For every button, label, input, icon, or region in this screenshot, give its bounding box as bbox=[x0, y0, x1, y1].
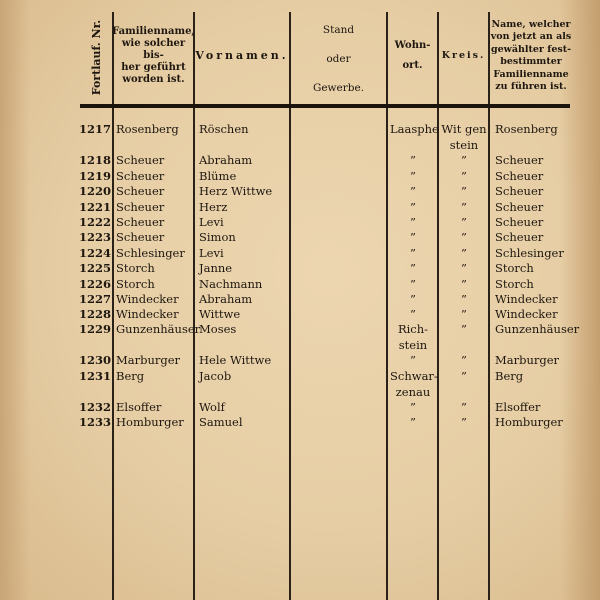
table-row: 1217 Rosenberg Röschen Laasphe Wit gen R… bbox=[0, 122, 600, 137]
header-text: ort. bbox=[402, 60, 422, 72]
header-text: oder bbox=[326, 53, 350, 65]
residence: ” bbox=[390, 246, 436, 261]
family-name-old: Rosenberg bbox=[116, 122, 179, 137]
table-row: 1228 Windecker Wittwe ” ” Windecker bbox=[0, 307, 600, 322]
header-text: Kreis. bbox=[442, 50, 486, 62]
residence: ” bbox=[390, 292, 436, 307]
residence: ” bbox=[390, 169, 436, 184]
table-row: 1220 Scheuer Herz Wittwe ” ” Scheuer bbox=[0, 184, 600, 199]
row-number: 1222 bbox=[78, 215, 111, 230]
district: ” bbox=[440, 184, 488, 199]
family-name-old: Homburger bbox=[116, 415, 184, 430]
row-number: 1219 bbox=[78, 169, 111, 184]
given-name: Jacob bbox=[199, 369, 231, 384]
district: ” bbox=[440, 261, 488, 276]
residence: ” bbox=[390, 277, 436, 292]
given-name: Samuel bbox=[199, 415, 243, 430]
table-row: 1232 Elsoffer Wolf ” ” Elsoffer bbox=[0, 400, 600, 415]
given-name: Levi bbox=[199, 215, 224, 230]
header-text: Name, welcher bbox=[491, 19, 570, 32]
family-name-new: Scheuer bbox=[495, 200, 543, 215]
residence: Rich- bbox=[390, 322, 436, 337]
family-name-old: Gunzenhäuser bbox=[116, 322, 200, 337]
header-text: worden ist. bbox=[122, 74, 184, 86]
header-text: Vornamen. bbox=[195, 50, 288, 62]
header-stand: Stand oder Gewerbe. bbox=[291, 10, 386, 102]
row-number: 1220 bbox=[78, 184, 111, 199]
family-name-new: Scheuer bbox=[495, 230, 543, 245]
header-family-new: Name, welcher von jetzt an als gewählter… bbox=[490, 10, 572, 102]
family-name-new: Gunzenhäuser bbox=[495, 322, 579, 337]
residence: Laasphe bbox=[390, 122, 436, 137]
header-district: Kreis. bbox=[439, 10, 488, 102]
district: ” bbox=[440, 230, 488, 245]
district: ” bbox=[440, 200, 488, 215]
table-row: 1221 Scheuer Herz ” ” Scheuer bbox=[0, 200, 600, 215]
family-name-new: Windecker bbox=[495, 307, 558, 322]
given-name: Nachmann bbox=[199, 277, 262, 292]
row-number: 1218 bbox=[78, 153, 111, 168]
family-name-old: Elsoffer bbox=[116, 400, 161, 415]
district: ” bbox=[440, 353, 488, 368]
family-name-new: Rosenberg bbox=[495, 122, 558, 137]
district: ” bbox=[440, 277, 488, 292]
table-row: 1233 Homburger Samuel ” ” Homburger bbox=[0, 415, 600, 430]
district: ” bbox=[440, 322, 488, 337]
header-given-names: Vornamen. bbox=[195, 10, 289, 102]
row-number: 1223 bbox=[78, 230, 111, 245]
row-number: 1227 bbox=[78, 292, 111, 307]
table-row: 1224 Schlesinger Levi ” ” Schlesinger bbox=[0, 246, 600, 261]
row-number: 1226 bbox=[78, 277, 111, 292]
header-running-number-label: Fortlauf. Nr. bbox=[91, 19, 104, 94]
family-name-new: Storch bbox=[495, 277, 534, 292]
table-row: 1219 Scheuer Blüme ” ” Scheuer bbox=[0, 169, 600, 184]
row-number: 1230 bbox=[78, 353, 111, 368]
family-name-new: Elsoffer bbox=[495, 400, 540, 415]
given-name: Abraham bbox=[199, 153, 252, 168]
residence: ” bbox=[390, 215, 436, 230]
family-name-old: Berg bbox=[116, 369, 144, 384]
table-row: 1223 Scheuer Simon ” ” Scheuer bbox=[0, 230, 600, 245]
family-name-old: Storch bbox=[116, 261, 155, 276]
given-name: Blüme bbox=[199, 169, 236, 184]
family-name-old: Scheuer bbox=[116, 169, 164, 184]
header-text: von jetzt an als bbox=[491, 31, 572, 44]
table-row: 1218 Scheuer Abraham ” ” Scheuer bbox=[0, 153, 600, 168]
residence: ” bbox=[390, 353, 436, 368]
family-name-old: Schlesinger bbox=[116, 246, 185, 261]
family-name-new: Scheuer bbox=[495, 215, 543, 230]
district: ” bbox=[440, 400, 488, 415]
table-row: 1231 Berg Jacob Schwar- ” Berg bbox=[0, 369, 600, 384]
row-number: 1229 bbox=[78, 322, 111, 337]
residence-continuation: stein bbox=[390, 338, 436, 353]
header-text: Wohn- bbox=[395, 40, 431, 52]
family-name-old: Storch bbox=[116, 277, 155, 292]
residence: ” bbox=[390, 400, 436, 415]
family-name-new: Storch bbox=[495, 261, 534, 276]
row-number: 1228 bbox=[78, 307, 111, 322]
header-rule bbox=[80, 104, 570, 108]
district: ” bbox=[440, 153, 488, 168]
header-text: her geführt bbox=[121, 62, 185, 74]
district: ” bbox=[440, 369, 488, 384]
district: Wit gen bbox=[440, 122, 488, 137]
header-text: wie solcher bis- bbox=[114, 38, 193, 62]
given-name: Röschen bbox=[199, 122, 249, 137]
family-name-new: Windecker bbox=[495, 292, 558, 307]
header-text: gewählter fest- bbox=[491, 44, 571, 57]
family-name-new: Scheuer bbox=[495, 153, 543, 168]
header-text: Familienname bbox=[493, 69, 568, 82]
family-name-new: Scheuer bbox=[495, 169, 543, 184]
table-row: 1225 Storch Janne ” ” Storch bbox=[0, 261, 600, 276]
table-row: 1230 Marburger Hele Wittwe ” ” Marburger bbox=[0, 353, 600, 368]
row-number: 1231 bbox=[78, 369, 111, 384]
residence-continuation: zenau bbox=[390, 385, 436, 400]
residence: ” bbox=[390, 230, 436, 245]
family-name-old: Windecker bbox=[116, 292, 179, 307]
header-text: bestimmter bbox=[500, 56, 562, 69]
row-number: 1221 bbox=[78, 200, 111, 215]
district-continuation: stein bbox=[440, 138, 488, 153]
header-running-number: Fortlauf. Nr. bbox=[82, 12, 112, 102]
given-name: Herz Wittwe bbox=[199, 184, 272, 199]
residence: ” bbox=[390, 307, 436, 322]
table-row: 1229 Gunzenhäuser Moses Rich- ” Gunzenhä… bbox=[0, 322, 600, 337]
family-name-new: Marburger bbox=[495, 353, 559, 368]
residence: ” bbox=[390, 153, 436, 168]
family-name-old: Scheuer bbox=[116, 230, 164, 245]
family-name-old: Scheuer bbox=[116, 153, 164, 168]
district: ” bbox=[440, 307, 488, 322]
family-name-old: Scheuer bbox=[116, 200, 164, 215]
residence: Schwar- bbox=[390, 369, 436, 384]
family-name-old: Scheuer bbox=[116, 184, 164, 199]
row-number: 1232 bbox=[78, 400, 111, 415]
row-number: 1224 bbox=[78, 246, 111, 261]
header-text: zu führen ist. bbox=[495, 81, 566, 94]
given-name: Janne bbox=[199, 261, 232, 276]
row-number: 1217 bbox=[78, 122, 111, 137]
row-number: 1233 bbox=[78, 415, 111, 430]
given-name: Wittwe bbox=[199, 307, 240, 322]
district: ” bbox=[440, 169, 488, 184]
family-name-new: Scheuer bbox=[495, 184, 543, 199]
given-name: Herz bbox=[199, 200, 227, 215]
given-name: Wolf bbox=[199, 400, 225, 415]
table-row: 1226 Storch Nachmann ” ” Storch bbox=[0, 277, 600, 292]
table-row: 1222 Scheuer Levi ” ” Scheuer bbox=[0, 215, 600, 230]
family-name-new: Homburger bbox=[495, 415, 563, 430]
district: ” bbox=[440, 246, 488, 261]
header-residence: Wohn- ort. bbox=[388, 10, 437, 102]
header-text: Gewerbe. bbox=[313, 82, 364, 94]
district: ” bbox=[440, 292, 488, 307]
district: ” bbox=[440, 415, 488, 430]
district: ” bbox=[440, 215, 488, 230]
header-text: Familienname, bbox=[112, 26, 195, 38]
residence: ” bbox=[390, 261, 436, 276]
given-name: Moses bbox=[199, 322, 236, 337]
residence: ” bbox=[390, 415, 436, 430]
residence: ” bbox=[390, 200, 436, 215]
family-name-old: Marburger bbox=[116, 353, 180, 368]
family-name-new: Schlesinger bbox=[495, 246, 564, 261]
table-row: 1227 Windecker Abraham ” ” Windecker bbox=[0, 292, 600, 307]
header-text: Stand bbox=[323, 24, 354, 36]
family-name-old: Windecker bbox=[116, 307, 179, 322]
family-name-new: Berg bbox=[495, 369, 523, 384]
given-name: Simon bbox=[199, 230, 236, 245]
given-name: Abraham bbox=[199, 292, 252, 307]
residence: ” bbox=[390, 184, 436, 199]
family-name-old: Scheuer bbox=[116, 215, 164, 230]
header-family-old: Familienname, wie solcher bis- her gefüh… bbox=[114, 10, 193, 102]
row-number: 1225 bbox=[78, 261, 111, 276]
given-name: Levi bbox=[199, 246, 224, 261]
given-name: Hele Wittwe bbox=[199, 353, 271, 368]
